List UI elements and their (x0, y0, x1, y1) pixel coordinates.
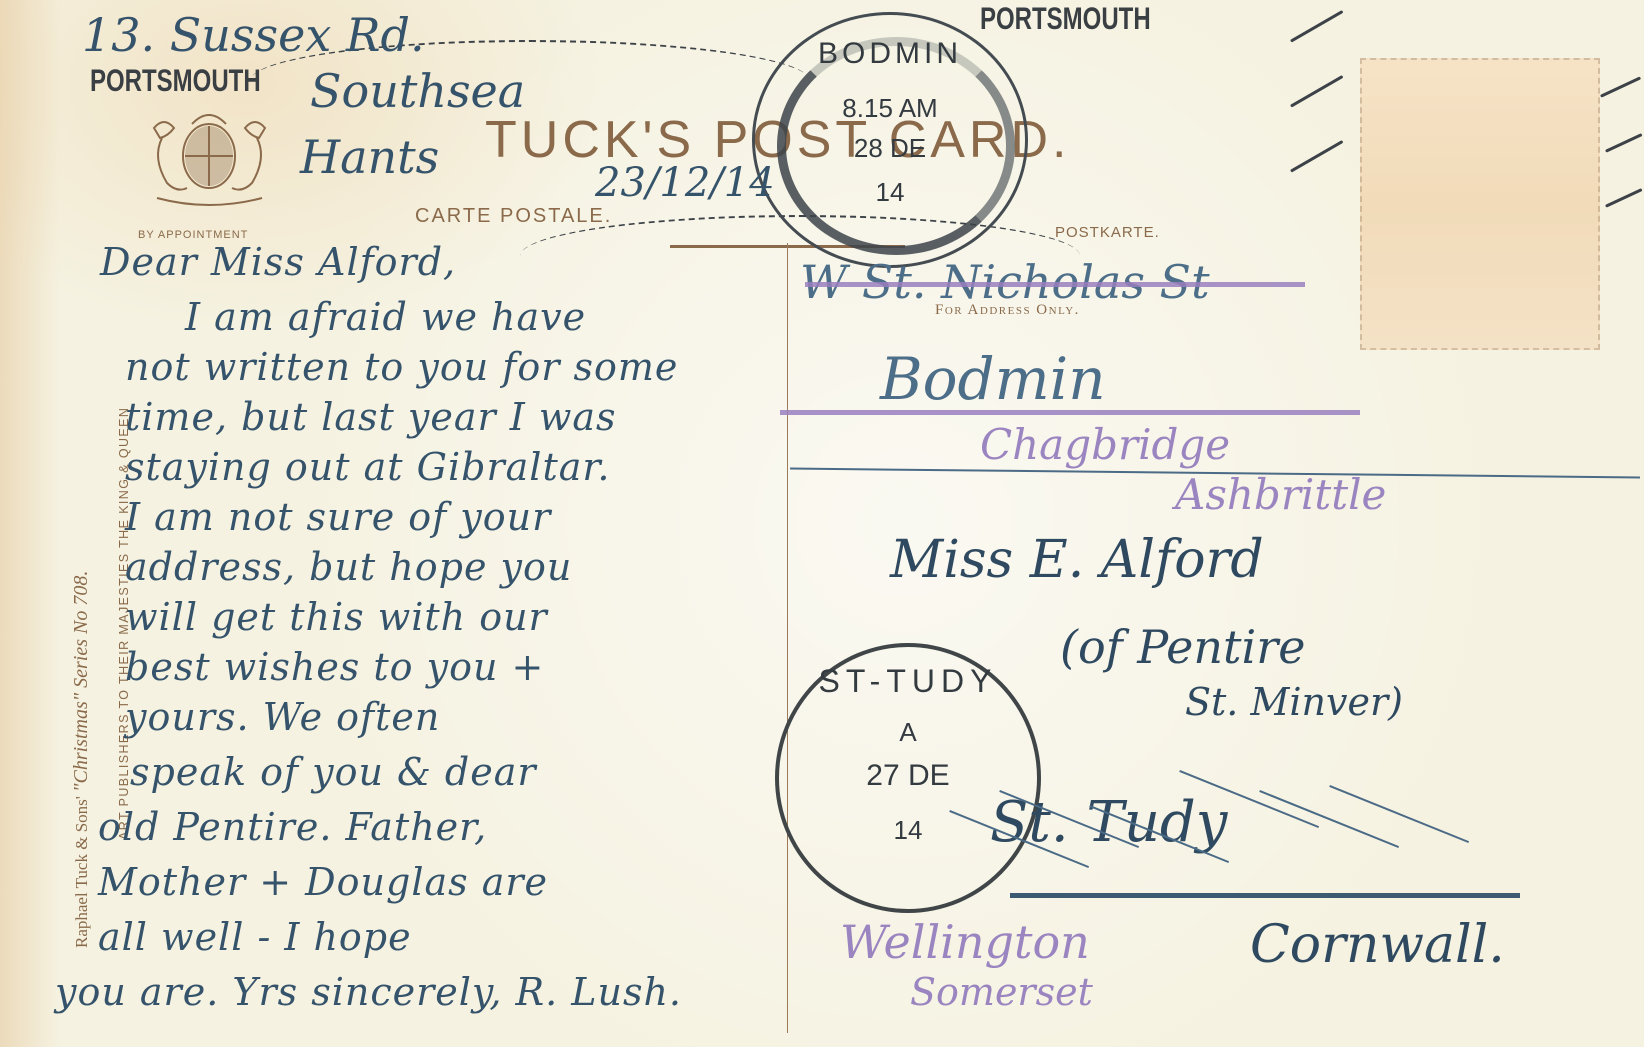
cancel-bar (1290, 10, 1343, 43)
message-line: yours. We often (125, 695, 440, 739)
message-line: will get this with our (125, 595, 548, 639)
recipient-of-line1: (of Pentire (1060, 620, 1305, 674)
message-line: you are. Yrs sincerely, R. Lush. (55, 970, 682, 1014)
message-line: Dear Miss Alford, (100, 240, 456, 284)
st-tudy-postmark: ST-TUDY A 27 DE 14 (775, 643, 1041, 913)
center-divider (787, 243, 788, 1033)
message-line: I am afraid we have (185, 295, 586, 339)
sender-address-line3: Hants (300, 130, 439, 184)
carte-postale-label: CARTE POSTALE. (415, 205, 612, 228)
postmark-code: A (779, 717, 1037, 748)
message-line: speak of you & dear (130, 750, 537, 794)
cancel-bar (1605, 133, 1643, 153)
hatch-strike (1329, 785, 1469, 843)
recipient-county: Cornwall. (1250, 915, 1505, 975)
portsmouth-cancel-left: PORTSMOUTH (90, 64, 261, 100)
crossed-address-line2: Bodmin (880, 345, 1106, 413)
publisher-series-text: Raphael Tuck & Sons' "Christmas" Series … (70, 571, 93, 948)
royal-crest-icon (132, 98, 287, 210)
message-line: all well - I hope (98, 915, 412, 959)
sender-address-line2: Southsea (310, 64, 525, 118)
message-line: I am not sure of your (125, 495, 551, 539)
sender-date: 23/12/14 (595, 160, 775, 206)
bodmin-postmark: BODMIN 8.15 AM 28 DE 14 (752, 12, 1028, 268)
cancel-bar (1290, 140, 1343, 173)
message-line: staying out at Gibraltar. (125, 445, 610, 489)
redirect-violet-1: Chagbridge (980, 420, 1230, 469)
postmark-year: 14 (755, 177, 1025, 208)
stamp-residue-icon (1360, 58, 1600, 350)
violet-strikethrough (805, 282, 1305, 287)
postmark-date: 28 DE (755, 133, 1025, 164)
cancel-bar (1600, 76, 1641, 97)
postmark-town: BODMIN (755, 37, 1025, 71)
series-name: "Christmas" Series No 708. (70, 571, 92, 792)
recipient-of-line2: St. Minver) (1185, 680, 1403, 724)
violet-strikethrough (780, 410, 1360, 415)
hatch-strike (1259, 790, 1399, 848)
redirect-violet-3: Wellington (840, 915, 1090, 969)
sender-address-line1: 13. Sussex Rd. (82, 8, 425, 62)
recipient-name: Miss E. Alford (890, 530, 1264, 590)
thick-strikethrough (1010, 893, 1520, 898)
message-line: best wishes to you + (125, 645, 544, 689)
redirect-violet-4: Somerset (910, 970, 1093, 1014)
message-line: address, but hope you (125, 545, 572, 589)
paper-stain (0, 0, 60, 1047)
publisher-name: Raphael Tuck & Sons' (72, 796, 91, 948)
postcard: BY APPOINTMENT TUCK'S POST CARD. CARTE P… (0, 0, 1644, 1047)
redirect-violet-2: Ashbrittle (1175, 470, 1386, 519)
postmark-date: 27 DE (779, 759, 1037, 793)
cancel-bar (1605, 188, 1643, 208)
message-line: Mother + Douglas are (98, 860, 548, 904)
message-line: not written to you for some (125, 345, 678, 389)
postmark-time: 8.15 AM (755, 93, 1025, 124)
cancel-bar (1290, 75, 1343, 108)
message-line: time, but last year I was (125, 395, 617, 439)
postkarte-label: POSTKARTE. (1055, 224, 1160, 241)
portsmouth-cancel-top: PORTSMOUTH (980, 2, 1151, 38)
postmark-town: ST-TUDY (779, 663, 1037, 700)
message-line: old Pentire. Father, (98, 805, 487, 849)
